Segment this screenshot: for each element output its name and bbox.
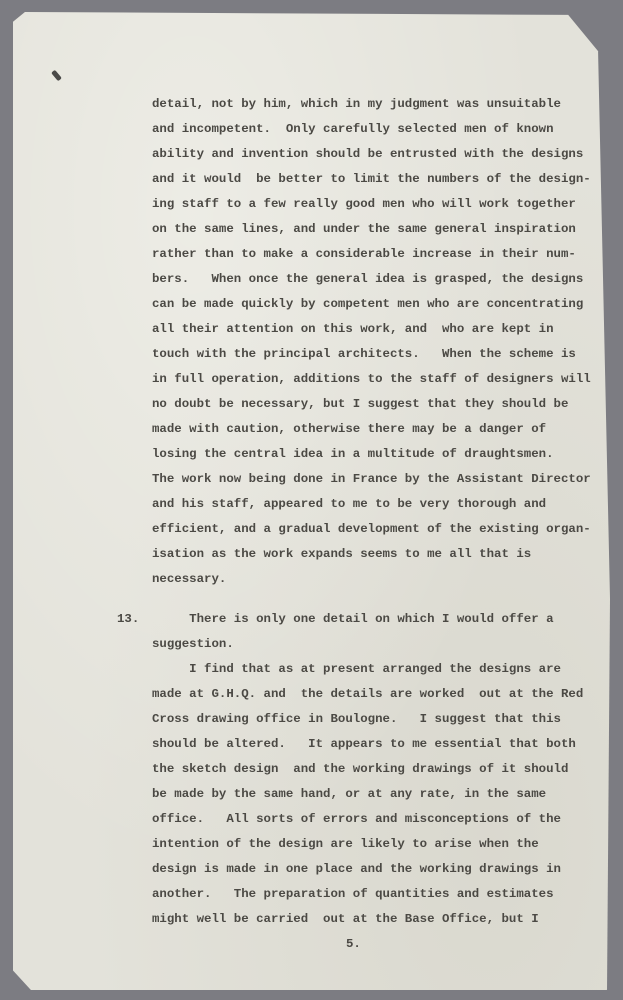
text-line: might well be carried out at the Base Of… xyxy=(152,912,539,926)
text-line: ing staff to a few really good men who w… xyxy=(152,197,576,211)
text-line: can be made quickly by competent men who… xyxy=(152,297,583,311)
text-line: design is made in one place and the work… xyxy=(152,862,561,876)
text-line: necessary. xyxy=(152,572,226,586)
text-line: all their attention on this work, and wh… xyxy=(152,322,554,336)
text-line: bers. When once the general idea is gras… xyxy=(152,272,583,286)
text-line: I find that as at present arranged the d… xyxy=(152,662,561,676)
text-line: made with caution, otherwise there may b… xyxy=(152,422,546,436)
text-line: no doubt be necessary, but I suggest tha… xyxy=(152,397,568,411)
text-line: touch with the principal architects. Whe… xyxy=(152,347,576,361)
text-line: detail, not by him, which in my judgment… xyxy=(152,97,561,111)
text-line: ability and invention should be entruste… xyxy=(152,147,583,161)
text-line: office. All sorts of errors and misconce… xyxy=(152,812,561,826)
page-number: 5. xyxy=(346,937,361,951)
text-line: and it would be better to limit the numb… xyxy=(152,172,591,186)
text-line: in full operation, additions to the staf… xyxy=(152,372,591,386)
text-line: losing the central idea in a multitude o… xyxy=(152,447,554,461)
text-line: and incompetent. Only carefully selected… xyxy=(152,122,554,136)
ink-mark xyxy=(51,70,62,82)
text-line: another. The preparation of quantities a… xyxy=(152,887,554,901)
text-line: Cross drawing office in Boulogne. I sugg… xyxy=(152,712,561,726)
text-line: and his staff, appeared to me to be very… xyxy=(152,497,546,511)
text-line: The work now being done in France by the… xyxy=(152,472,591,486)
text-line: There is only one detail on which I woul… xyxy=(152,612,554,626)
text-line: efficient, and a gradual development of … xyxy=(152,522,591,536)
paragraph-number: 13. xyxy=(117,612,139,626)
text-line: intention of the design are likely to ar… xyxy=(152,837,539,851)
text-line: rather than to make a considerable incre… xyxy=(152,247,576,261)
text-line: suggestion. xyxy=(152,637,234,651)
text-line: should be altered. It appears to me esse… xyxy=(152,737,576,751)
text-line: the sketch design and the working drawin… xyxy=(152,762,568,776)
text-line: made at G.H.Q. and the details are worke… xyxy=(152,687,583,701)
text-line: be made by the same hand, or at any rate… xyxy=(152,787,546,801)
text-line: isation as the work expands seems to me … xyxy=(152,547,531,561)
text-line: on the same lines, and under the same ge… xyxy=(152,222,576,236)
